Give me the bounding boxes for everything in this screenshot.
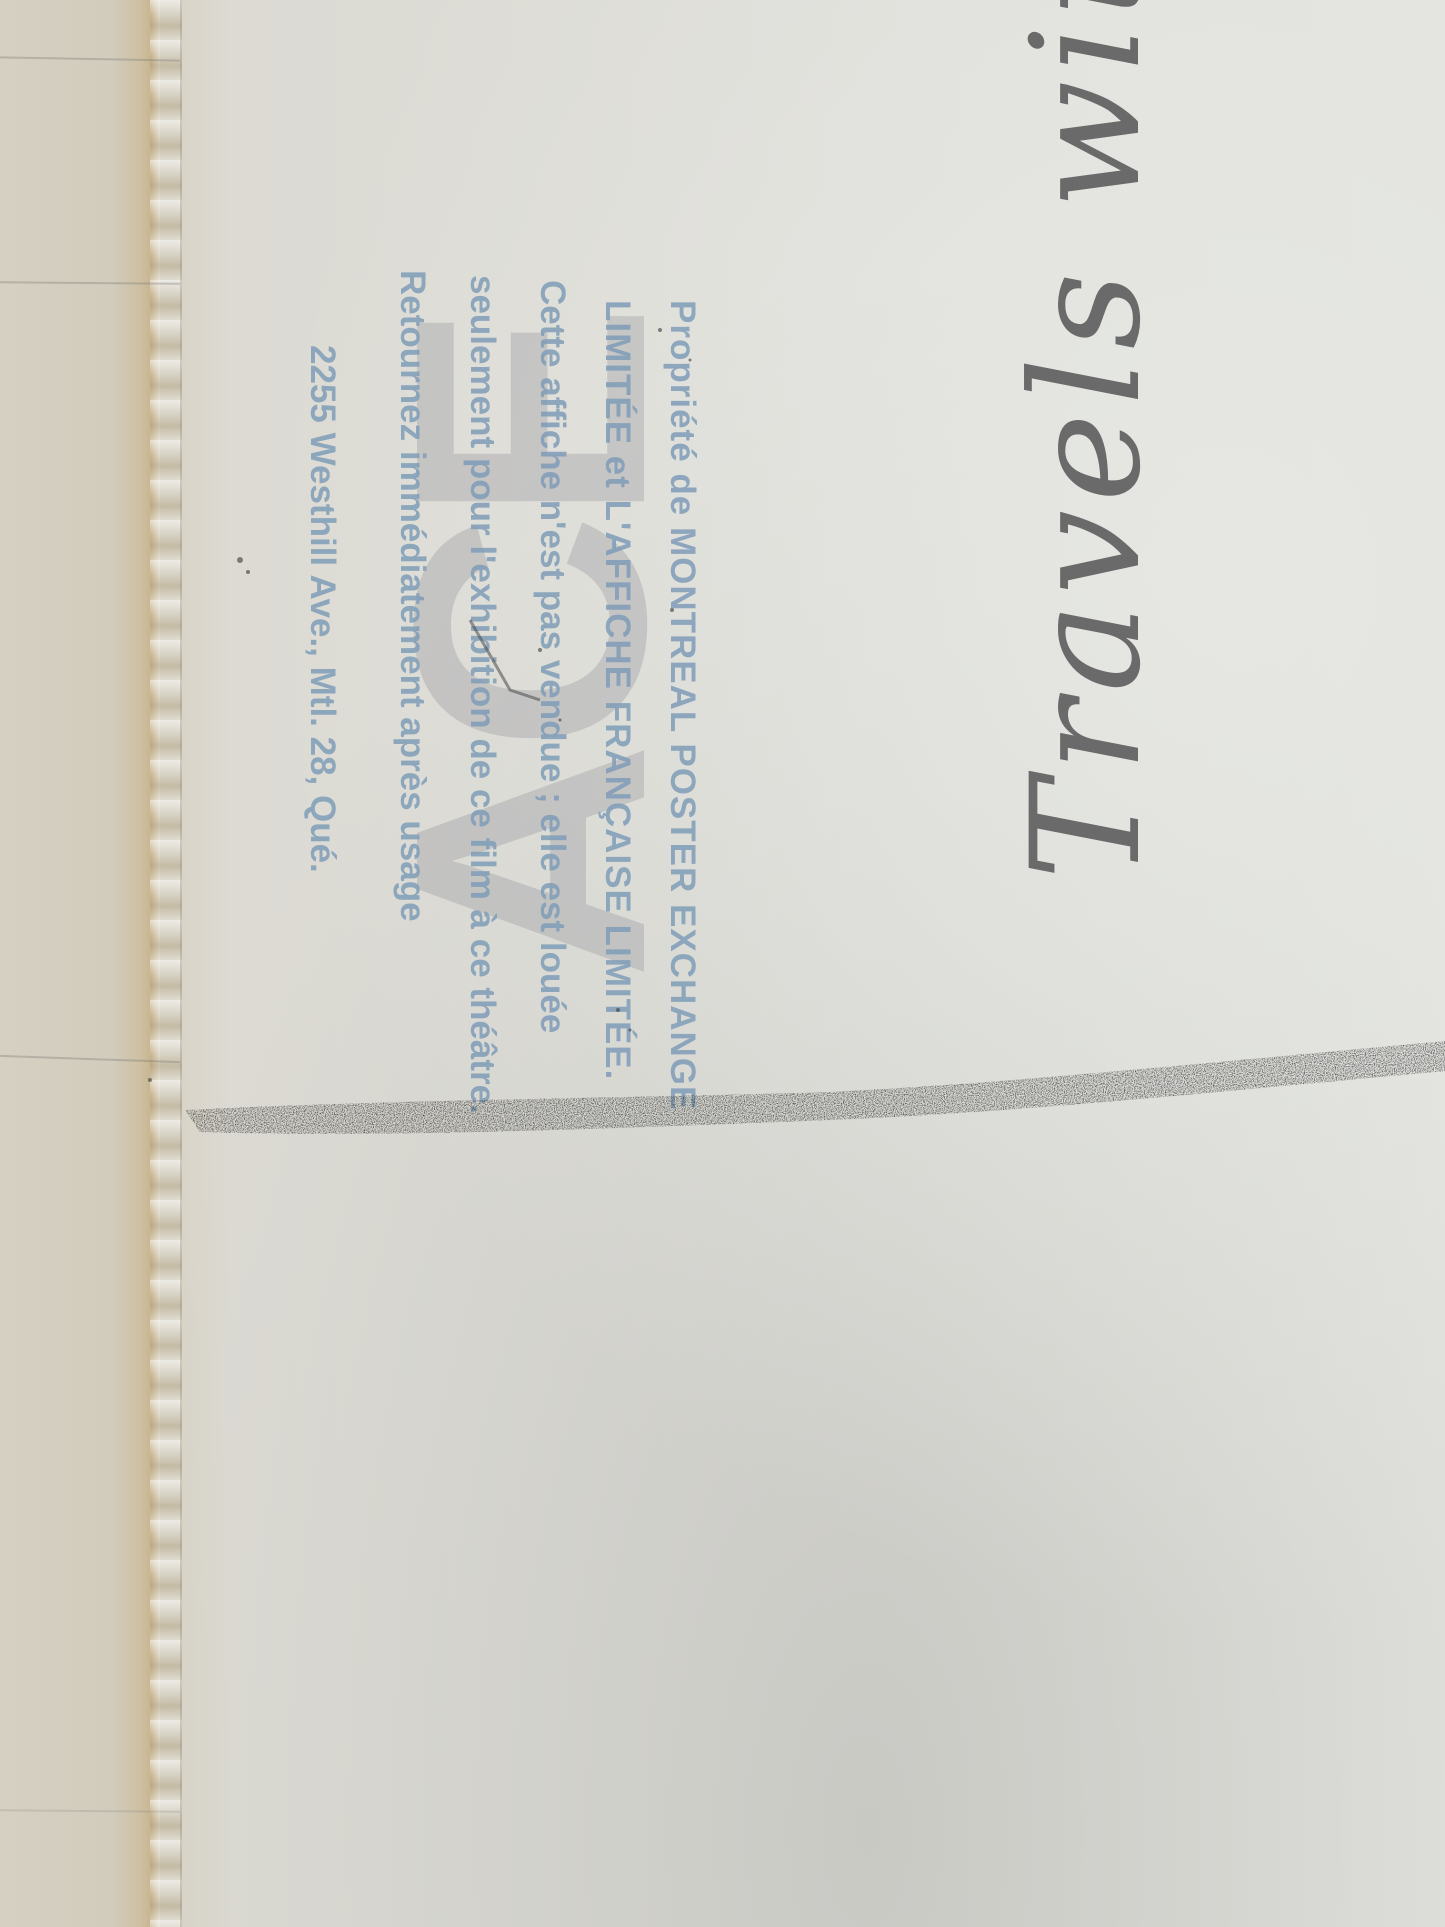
stamp-line-6: 2255 Westhill Ave., Mtl. 28, Qué.	[302, 345, 342, 873]
stamp-line-1: Propriété de MONTREAL POSTER EXCHANGE	[662, 300, 702, 1110]
stamp-line-2: LIMITÉE et L'AFFICHE FRANÇAISE LIMITÉE.	[597, 300, 637, 1080]
stamp-line-5: Retournez immédiatement après usage	[392, 270, 432, 922]
torn-fold-line	[150, 0, 182, 1927]
folded-paper-edge	[0, 0, 160, 1927]
charcoal-stroke	[180, 1020, 1445, 1160]
poster-back-photo: ACE Propriété de MONTREAL POSTER EXCHANG…	[0, 0, 1445, 1927]
stamp-line-4: seulement pour l'exhibition de ce film à…	[462, 275, 502, 1114]
handwritten-inscription: Travels with my Au	[1000, 0, 1174, 880]
stamp-line-3: Cette affiche n'est pas vendue ; elle es…	[532, 280, 572, 1033]
